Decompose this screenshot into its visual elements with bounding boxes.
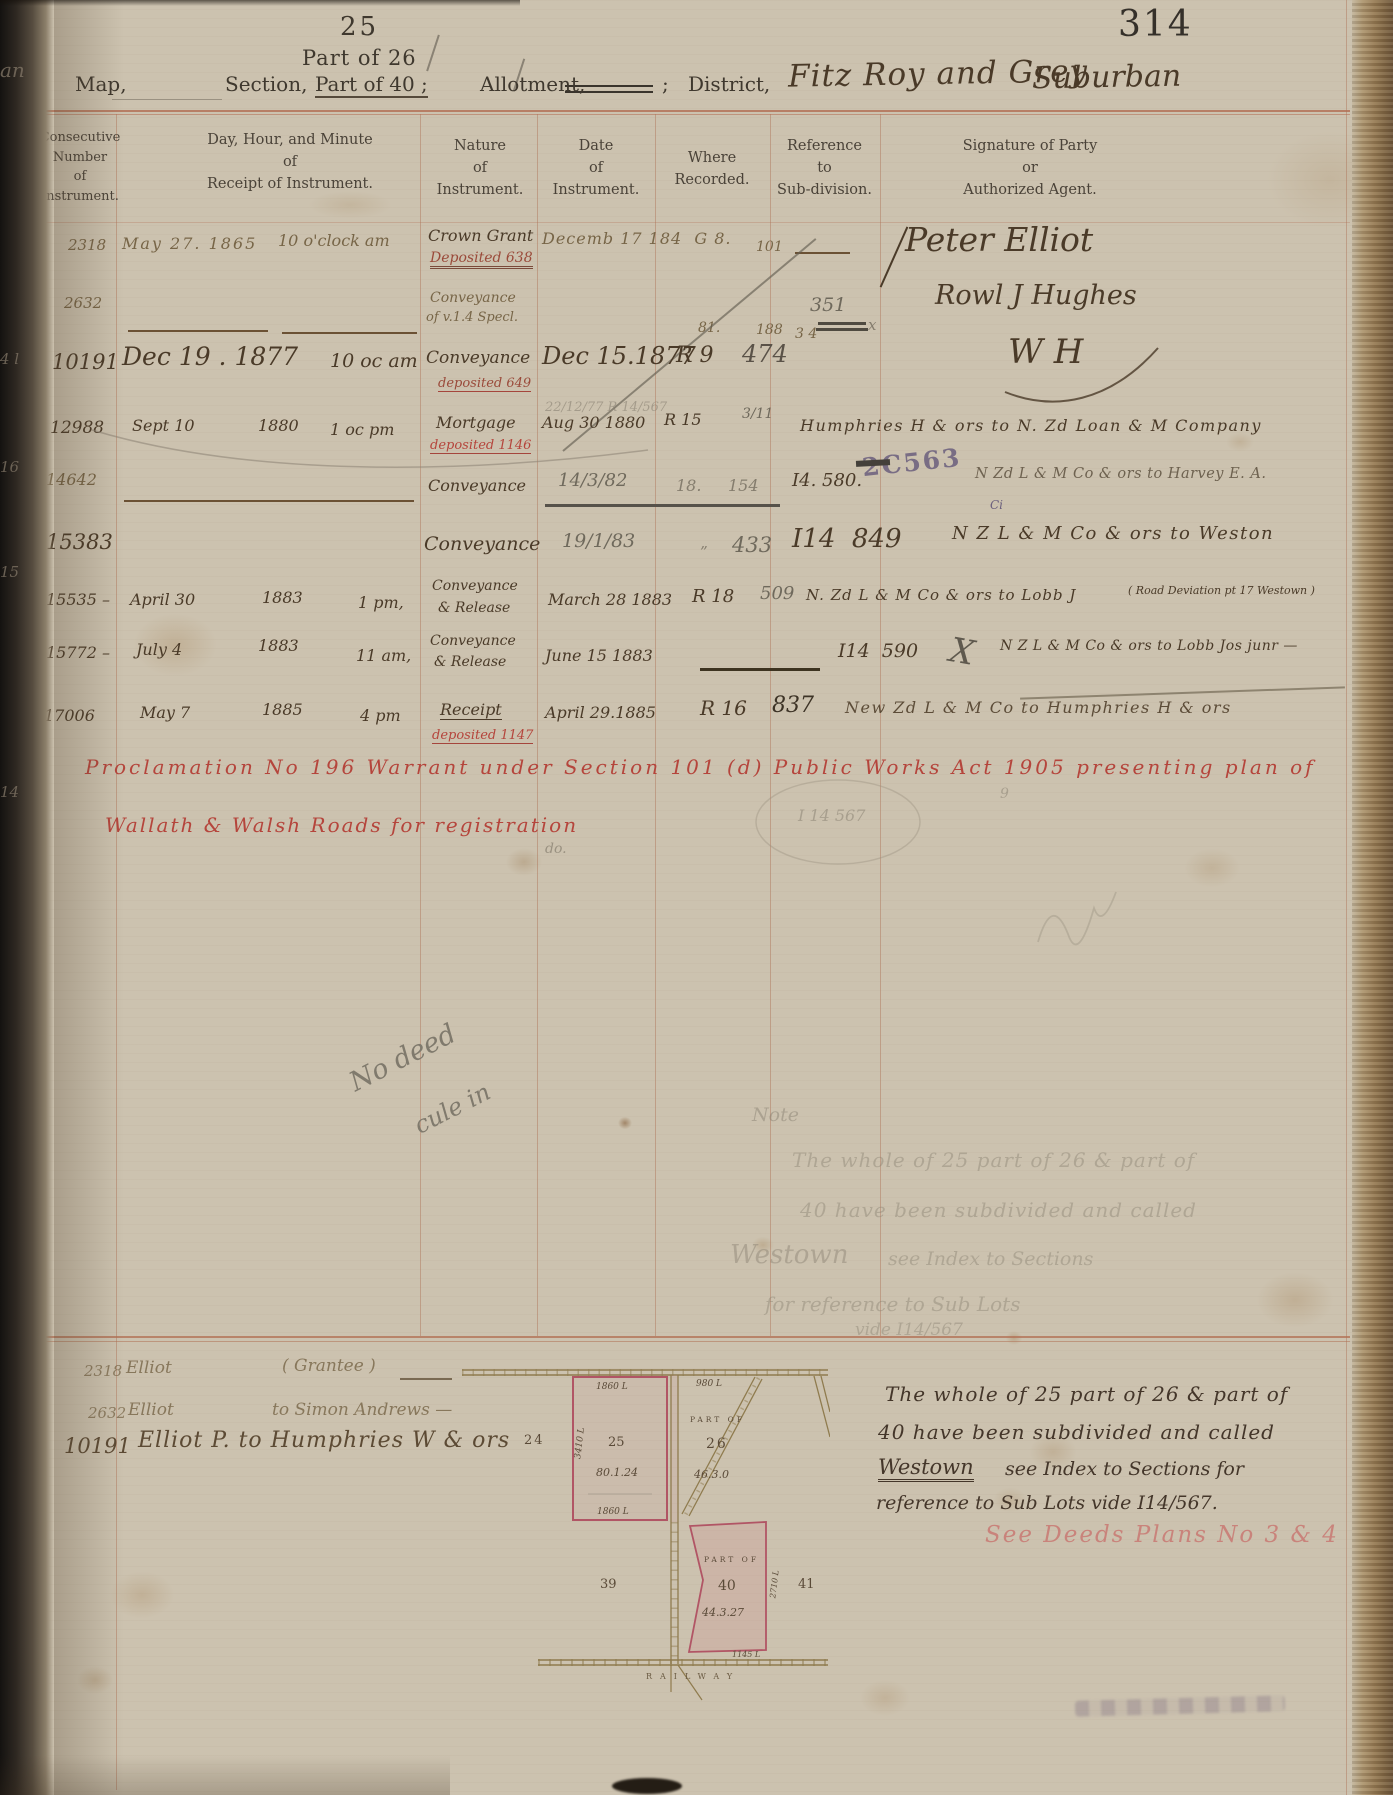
signature-swash bbox=[1005, 348, 1158, 402]
margin-mark: 16 bbox=[0, 458, 19, 476]
pencil-sweep-stroke bbox=[92, 430, 648, 467]
margin-mark: 14 bbox=[0, 783, 19, 801]
margin-mark: an bbox=[0, 58, 25, 82]
margin-mark: 15 bbox=[0, 563, 19, 581]
margin-mark: 4 l bbox=[0, 350, 19, 368]
pencil-circle bbox=[756, 780, 920, 864]
deeds-register-page: 25 Part of 26 Map, Section, Part of 40 ;… bbox=[0, 0, 1393, 1795]
pencil-strokes-overlay bbox=[0, 0, 1393, 1795]
pencil-squiggle bbox=[1038, 892, 1116, 944]
